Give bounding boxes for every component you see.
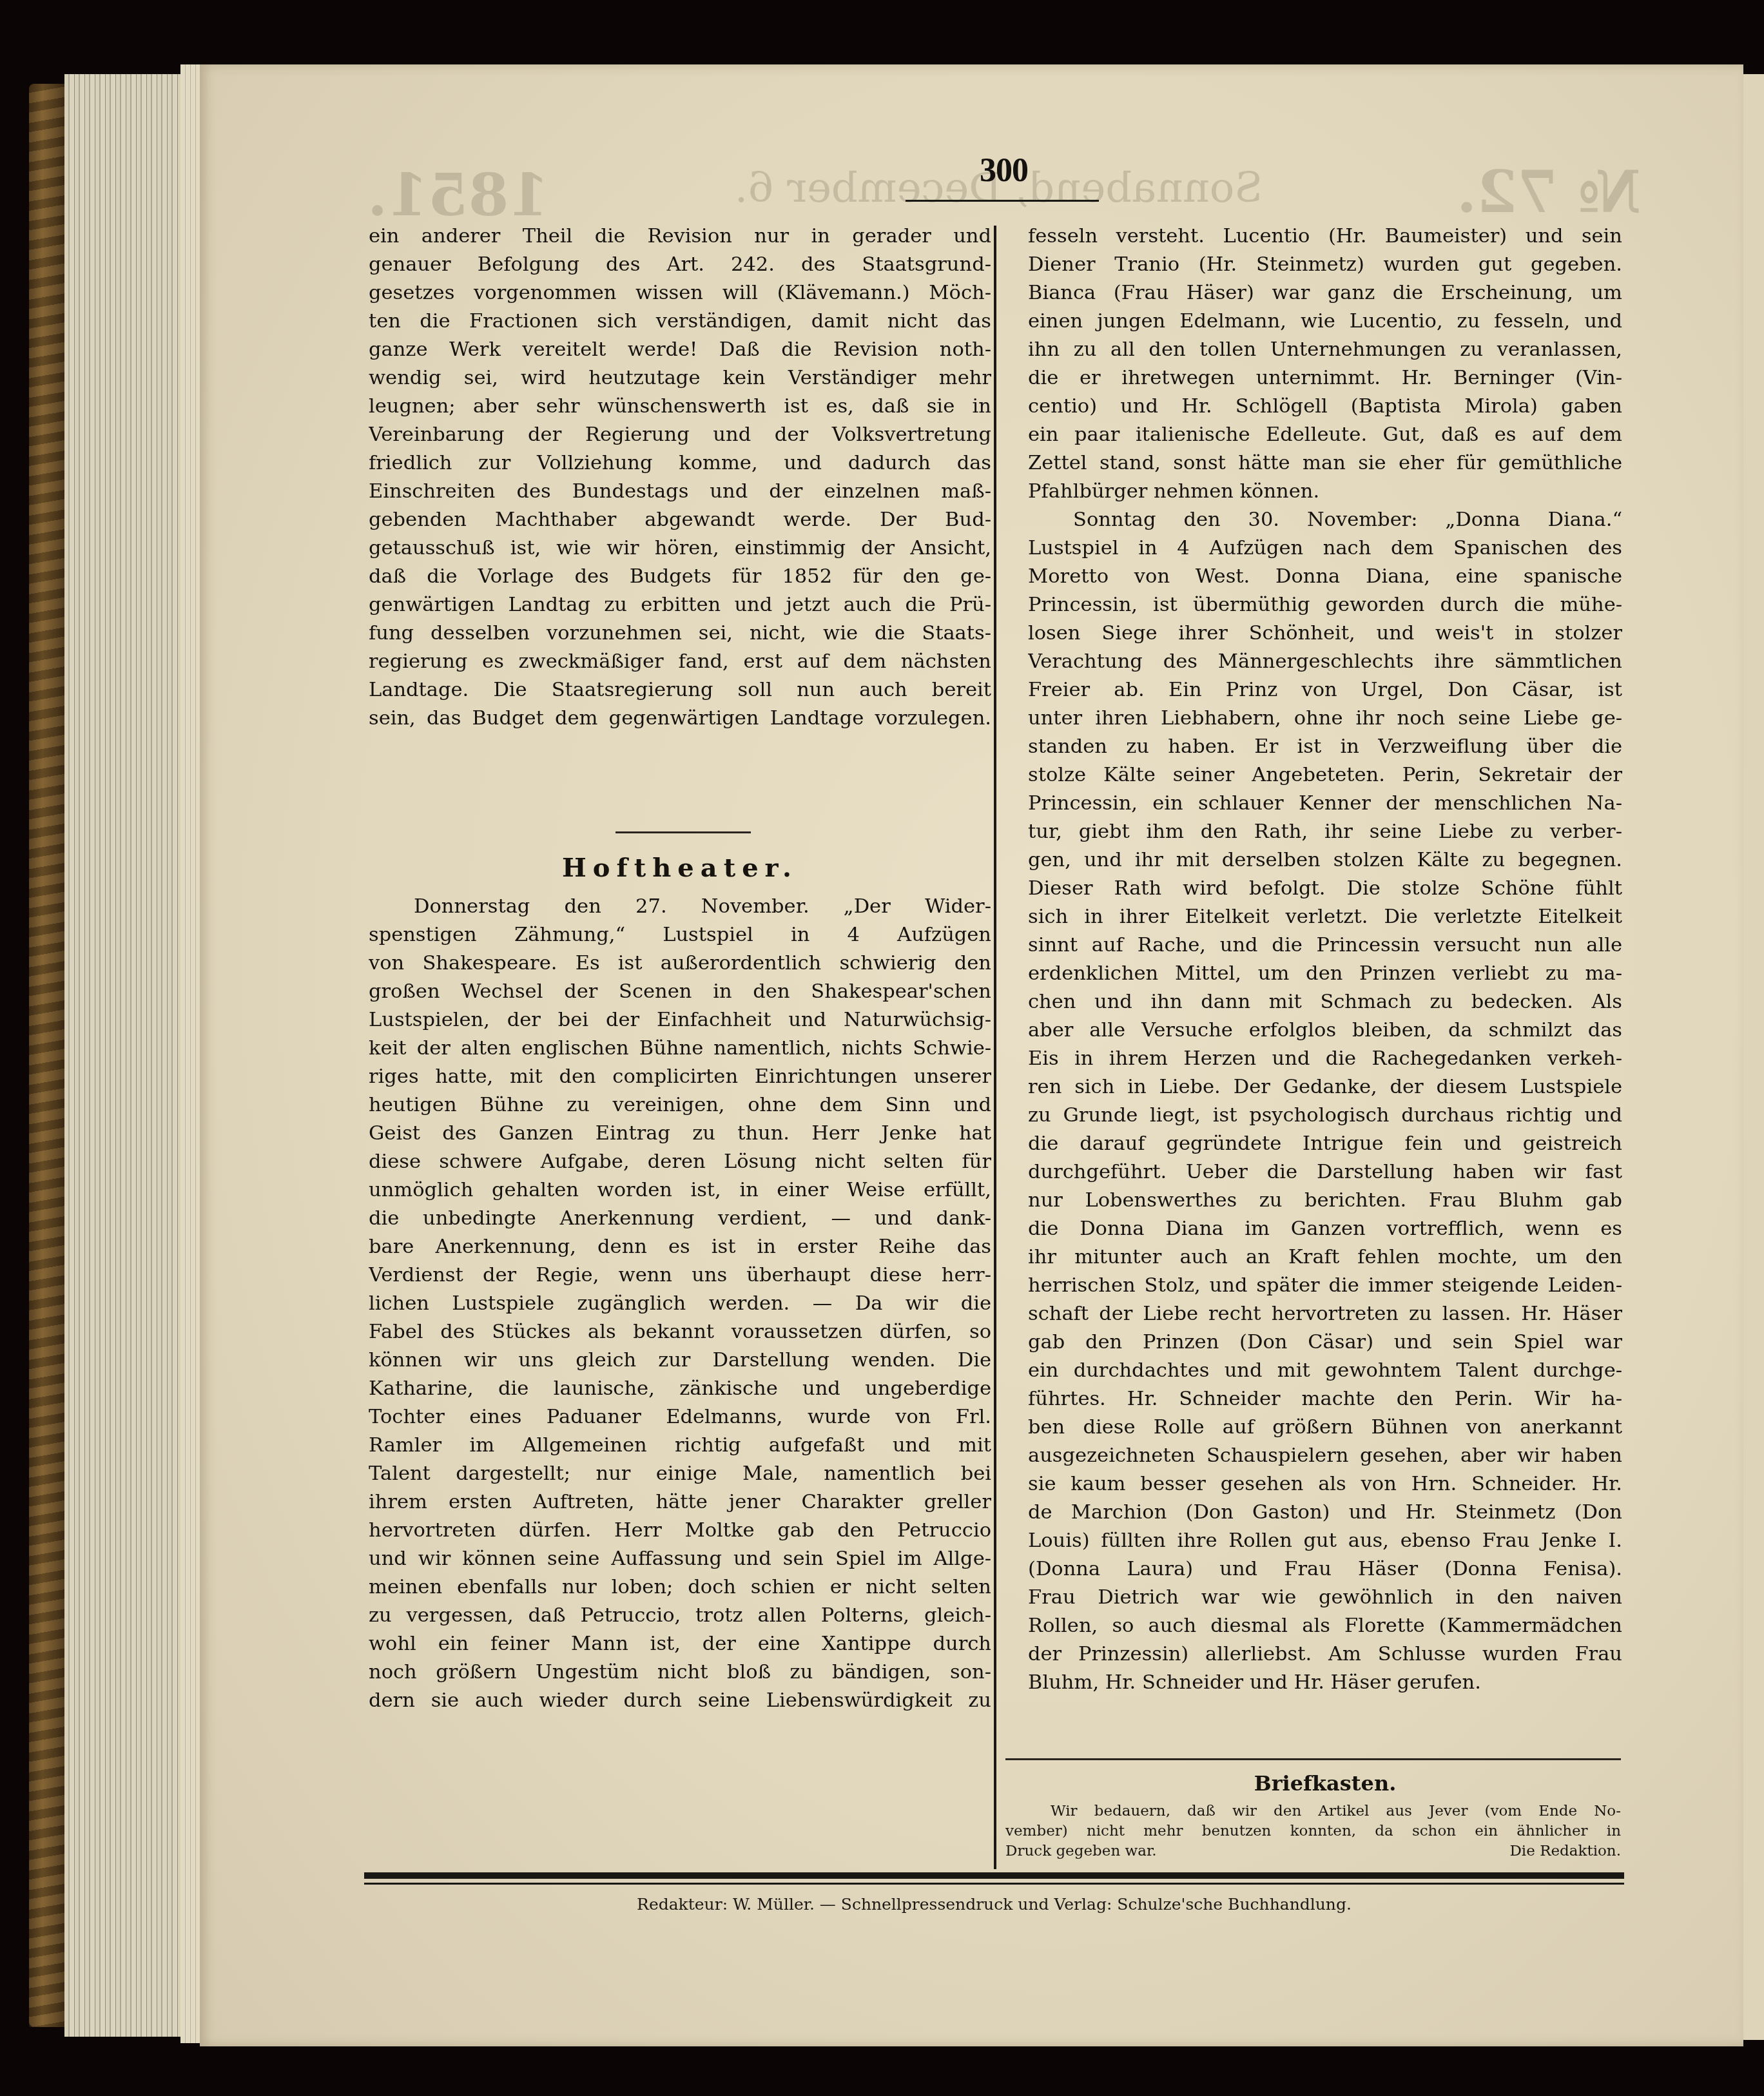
text-line: ihn zu all den tollen Unternehmungen zu … xyxy=(1028,336,1622,364)
text-line: und wir können seine Auffassung und sein… xyxy=(369,1545,991,1573)
text-line: von Shakespeare. Es ist außerordentlich … xyxy=(369,949,991,978)
text-line: ausgezeichneten Schauspielern gesehen, a… xyxy=(1028,1442,1622,1470)
imprint-footer: Redakteur: W. Müller. — Schnellpressendr… xyxy=(364,1895,1624,1914)
text-line: genwärtigen Landtag zu erbitten und jetz… xyxy=(369,591,991,619)
text-line: führtes. Hr. Schneider machte den Perin.… xyxy=(1028,1385,1622,1413)
text-line: de Marchion (Don Gaston) und Hr. Steinme… xyxy=(1028,1499,1622,1527)
text-line: fesseln versteht. Lucentio (Hr. Baumeist… xyxy=(1028,222,1622,251)
text-line: getausschuß ist, wie wir hören, einstimm… xyxy=(369,534,991,563)
footer-rule-thick xyxy=(364,1872,1624,1879)
column-divider xyxy=(994,226,996,1869)
text-line: Verachtung des Männergeschlechts ihre sä… xyxy=(1028,648,1622,676)
page-edges-stack xyxy=(64,74,193,2037)
text-line: Katharine, die launische, zänkische und … xyxy=(369,1375,991,1403)
text-line: heutigen Bühne zu vereinigen, ohne dem S… xyxy=(369,1091,991,1120)
text-line: losen Siege ihrer Schönheit, und weis't … xyxy=(1028,619,1622,648)
text-line: erdenklichen Mittel, um den Prinzen verl… xyxy=(1028,960,1622,988)
text-line: die unbedingte Anerkennung verdient, — u… xyxy=(369,1205,991,1233)
text-line: Lustspielen, der bei der Einfachheit und… xyxy=(369,1006,991,1034)
text-line: Ramler im Allgemeinen richtig aufgefaßt … xyxy=(369,1431,991,1460)
section-title-hoftheater: Hoftheater. xyxy=(369,853,991,883)
text-line: Sonntag den 30. November: „Donna Diana.“ xyxy=(1028,506,1622,534)
section-divider xyxy=(615,831,751,833)
briefkasten-rule xyxy=(1005,1758,1621,1760)
text-line: Dieser Rath wird befolgt. Die stolze Sch… xyxy=(1028,875,1622,903)
text-line: Bianca (Frau Häser) war ganz die Erschei… xyxy=(1028,279,1622,307)
text-line: Vereinbarung der Regierung und der Volks… xyxy=(369,421,991,449)
text-line: die Donna Diana im Ganzen vortrefflich, … xyxy=(1028,1215,1622,1243)
text-line: Frau Dietrich war wie gewöhnlich in den … xyxy=(1028,1584,1622,1612)
left-column-theater: Donnerstag den 27. November. „Der Wider-… xyxy=(369,893,991,1715)
text-line: ihr mitunter auch an Kraft fehlen mochte… xyxy=(1028,1243,1622,1272)
text-line: aber alle Versuche erfolglos bleiben, da… xyxy=(1028,1016,1622,1045)
text-line: sein, das Budget dem gegenwärtigen Landt… xyxy=(369,704,991,733)
text-line: zu Grunde liegt, ist psychologisch durch… xyxy=(1028,1101,1622,1130)
text-line: genauer Befolgung des Art. 242. des Staa… xyxy=(369,251,991,279)
text-line: Talent dargestellt; nur einige Male, nam… xyxy=(369,1460,991,1488)
text-line: unmöglich gehalten worden ist, in einer … xyxy=(369,1176,991,1205)
text-line: Louis) füllten ihre Rollen gut aus, eben… xyxy=(1028,1527,1622,1555)
text-line: vember) nicht mehr benutzen konnten, da … xyxy=(1005,1821,1621,1841)
text-line: die er ihretwegen unternimmt. Hr. Bernin… xyxy=(1028,364,1622,393)
left-paragraph-politics: ein anderer Theil die Revision nur in ge… xyxy=(369,222,991,733)
text-line: gebenden Machthaber abgewandt werde. Der… xyxy=(369,506,991,534)
text-line: einen jungen Edelmann, wie Lucentio, zu … xyxy=(1028,307,1622,336)
text-line: nur Lobenswerthes zu berichten. Frau Blu… xyxy=(1028,1187,1622,1215)
text-line: dern sie auch wieder durch seine Liebens… xyxy=(369,1687,991,1715)
text-line: bare Anerkennung, denn es ist in erster … xyxy=(369,1233,991,1261)
text-line: Diener Tranio (Hr. Steinmetz) wurden gut… xyxy=(1028,251,1622,279)
text-line: lichen Lustspiele zugänglich werden. — D… xyxy=(369,1290,991,1318)
text-line: Einschreiten des Bundestags und der einz… xyxy=(369,478,991,506)
text-line: unter ihren Liebhabern, ohne ihr noch se… xyxy=(1028,704,1622,733)
text-line: Fabel des Stückes als bekannt voraussetz… xyxy=(369,1318,991,1346)
text-line: Freier ab. Ein Prinz von Urgel, Don Cäsa… xyxy=(1028,676,1622,704)
text-line: Landtage. Die Staatsregierung soll nun a… xyxy=(369,676,991,704)
text-line: ihrem ersten Auftreten, hätte jener Char… xyxy=(369,1488,991,1517)
text-line: ein paar italienische Edelleute. Gut, da… xyxy=(1028,421,1622,449)
left-column: ein anderer Theil die Revision nur in ge… xyxy=(369,222,991,733)
text-line: der Prinzessin) allerliebst. Am Schlusse… xyxy=(1028,1640,1622,1669)
text-line: gen, und ihr mit derselben stolzen Kälte… xyxy=(1028,846,1622,875)
briefkasten-text: Wir bedauern, daß wir den Artikel aus Je… xyxy=(1005,1801,1621,1861)
text-line: ren sich in Liebe. Der Gedanke, der dies… xyxy=(1028,1073,1622,1101)
text-line: ein durchdachtes und mit gewohntem Talen… xyxy=(1028,1357,1622,1385)
text-line: fung desselben vorzunehmen sei, nicht, w… xyxy=(369,619,991,648)
text-line: meinen ebenfalls nur loben; doch schien … xyxy=(369,1573,991,1602)
text-line: ben diese Rolle auf größern Bühnen von a… xyxy=(1028,1413,1622,1442)
footer-rule-thin xyxy=(364,1883,1624,1885)
text-line: Geist des Ganzen Eintrag zu thun. Herr J… xyxy=(369,1120,991,1148)
text-line: (Donna Laura) und Frau Häser (Donna Feni… xyxy=(1028,1555,1622,1584)
text-line: sich in ihrer Eitelkeit verletzt. Die ve… xyxy=(1028,903,1622,931)
text-line: Donnerstag den 27. November. „Der Wider- xyxy=(369,893,991,921)
text-line: Bluhm, Hr. Schneider und Hr. Häser geruf… xyxy=(1028,1669,1622,1697)
text-line: spenstigen Zähmung,“ Lustspiel in 4 Aufz… xyxy=(369,921,991,949)
text-line: sie kaum besser gesehen als von Hrn. Sch… xyxy=(1028,1470,1622,1499)
text-line: ein anderer Theil die Revision nur in ge… xyxy=(369,222,991,251)
text-line: die darauf gegründete Intrigue fein und … xyxy=(1028,1130,1622,1158)
text-line: Pfahlbürger nehmen können. xyxy=(1028,478,1622,506)
text-line: Moretto von West. Donna Diana, eine span… xyxy=(1028,563,1622,591)
text-line: hervortreten dürfen. Herr Moltke gab den… xyxy=(369,1517,991,1545)
text-line: schaft der Liebe recht hervortreten zu l… xyxy=(1028,1300,1622,1328)
text-line: können wir uns gleich zur Darstellung we… xyxy=(369,1346,991,1375)
text-line: zu vergessen, daß Petruccio, trotz allen… xyxy=(369,1602,991,1630)
text-line: ten die Fractionen sich verständigen, da… xyxy=(369,307,991,336)
text-line: Wir bedauern, daß wir den Artikel aus Je… xyxy=(1005,1801,1621,1821)
text-line: herrischen Stolz, und später die immer s… xyxy=(1028,1272,1622,1300)
text-line: diese schwere Aufgabe, deren Lösung nich… xyxy=(369,1148,991,1176)
briefkasten-signature: Die Redaktion. xyxy=(1509,1841,1621,1861)
text-line: gesetzes vorgenommen wissen will (Klävem… xyxy=(369,279,991,307)
right-paragraph-donna-diana: Sonntag den 30. November: „Donna Diana.“… xyxy=(1028,506,1622,1697)
text-line: Princessin, ist übermüthig geworden durc… xyxy=(1028,591,1622,619)
text-line: ganze Werk vereitelt werde! Daß die Revi… xyxy=(369,336,991,364)
text-line: stolze Kälte seiner Angebeteten. Perin, … xyxy=(1028,761,1622,790)
briefkasten-closing: Druck gegeben war. xyxy=(1005,1841,1157,1861)
text-line: Rollen, so auch diesmal als Florette (Ka… xyxy=(1028,1612,1622,1640)
book-binding xyxy=(29,84,68,2027)
text-line: Eis in ihrem Herzen und die Rachegedanke… xyxy=(1028,1045,1622,1073)
briefkasten-title: Briefkasten. xyxy=(1028,1771,1622,1796)
page-number: 300 xyxy=(980,151,1028,189)
right-paragraph-1: fesseln versteht. Lucentio (Hr. Baumeist… xyxy=(1028,222,1622,506)
bleed-through-issue: № 72. xyxy=(1457,158,1641,226)
text-line: riges hatte, mit den complicirten Einric… xyxy=(369,1063,991,1091)
text-line: tur, giebt ihm den Rath, ihr seine Liebe… xyxy=(1028,818,1622,846)
text-line: daß die Vorlage des Budgets für 1852 für… xyxy=(369,563,991,591)
briefkasten-last-line: Druck gegeben war. Die Redaktion. xyxy=(1005,1841,1621,1861)
text-line: sinnt auf Rache, und die Princessin vers… xyxy=(1028,931,1622,960)
text-line: großen Wechsel der Scenen in den Shakesp… xyxy=(369,978,991,1006)
text-line: keit der alten englischen Bühne namentli… xyxy=(369,1034,991,1063)
text-line: Princessin, ein schlauer Kenner der mens… xyxy=(1028,790,1622,818)
text-line: gab den Prinzen (Don Cäsar) und sein Spi… xyxy=(1028,1328,1622,1357)
right-column: fesseln versteht. Lucentio (Hr. Baumeist… xyxy=(1028,222,1622,1697)
header-rule xyxy=(906,200,1099,202)
text-line: leugnen; aber sehr wünschenswerth ist es… xyxy=(369,393,991,421)
text-line: regierung es zweckmäßiger fand, erst auf… xyxy=(369,648,991,676)
text-line: Zettel stand, sonst hätte man sie eher f… xyxy=(1028,449,1622,478)
text-line: chen und ihn dann mit Schmach zu bedecke… xyxy=(1028,988,1622,1016)
text-line: wendig sei, wird heutzutage kein Verstän… xyxy=(369,364,991,393)
text-line: Verdienst der Regie, wenn uns überhaupt … xyxy=(369,1261,991,1290)
text-line: centio) und Hr. Schlögell (Baptista Miro… xyxy=(1028,393,1622,421)
text-line: standen zu haben. Er ist in Verzweiflung… xyxy=(1028,733,1622,761)
text-line: durchgeführt. Ueber die Darstellung habe… xyxy=(1028,1158,1622,1187)
text-line: Tochter eines Paduaner Edelmanns, wurde … xyxy=(369,1403,991,1431)
text-line: Lustspiel in 4 Aufzügen nach dem Spanisc… xyxy=(1028,534,1622,563)
text-line: wohl ein feiner Mann ist, der eine Xanti… xyxy=(369,1630,991,1658)
left-paragraph-theater: Donnerstag den 27. November. „Der Wider-… xyxy=(369,893,991,1715)
text-line: friedlich zur Vollziehung komme, und dad… xyxy=(369,449,991,478)
bleed-through-year: 1851. xyxy=(367,161,549,229)
text-line: noch größern Ungestüm nicht bloß zu bänd… xyxy=(369,1658,991,1687)
